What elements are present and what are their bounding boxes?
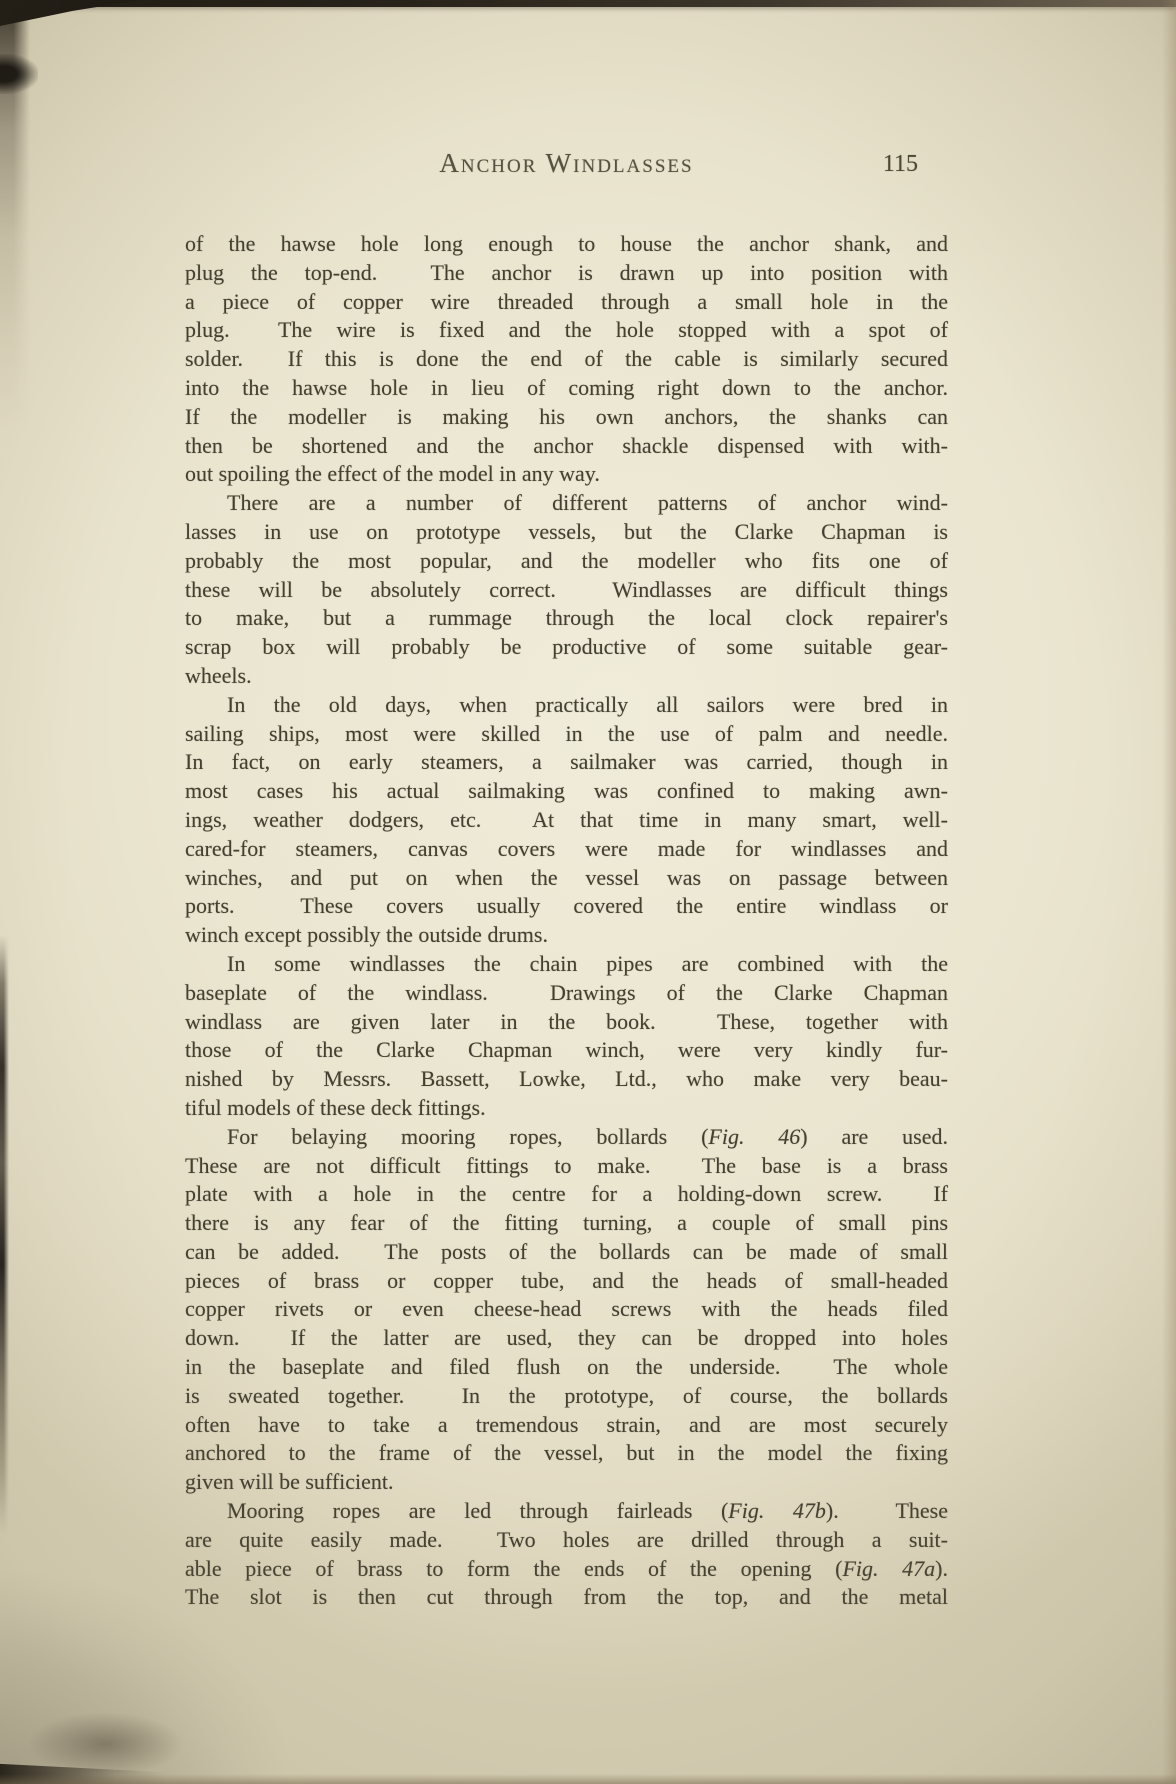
text-line: scrap box will probably be productive of… — [185, 633, 948, 662]
text-line: windlass are given later in the book. Th… — [185, 1008, 948, 1037]
text-line: those of the Clarke Chapman winch, were … — [185, 1036, 948, 1065]
text-line: ings, weather dodgers, etc. At that time… — [185, 806, 948, 835]
text-line: anchored to the frame of the vessel, but… — [185, 1439, 948, 1468]
text-line: The slot is then cut through from the to… — [185, 1583, 948, 1612]
text-line: plug the top-end. The anchor is drawn up… — [185, 259, 948, 288]
text-line: copper rivets or even cheese-head screws… — [185, 1295, 948, 1324]
text-line: In fact, on early steamers, a sailmaker … — [185, 748, 948, 777]
text-line: there is any fear of the fitting turning… — [185, 1209, 948, 1238]
text-line: If the modeller is making his own anchor… — [185, 403, 948, 432]
text-line: plug. The wire is fixed and the hole sto… — [185, 316, 948, 345]
scan-bottom-edge-artifact — [0, 1774, 1176, 1784]
running-head-title: Anchor Windlasses — [185, 148, 948, 179]
text-line: tiful models of these deck fittings. — [185, 1094, 948, 1123]
text-line: can be added. The posts of the bollards … — [185, 1238, 948, 1267]
text-line: pieces of brass or copper tube, and the … — [185, 1267, 948, 1296]
page-number: 115 — [883, 151, 918, 178]
text-line: probably the most popular, and the model… — [185, 547, 948, 576]
paragraph: In the old days, when practically all sa… — [185, 691, 948, 950]
text-line: winches, and put on when the vessel was … — [185, 864, 948, 893]
text-line: nished by Messrs. Bassett, Lowke, Ltd., … — [185, 1065, 948, 1094]
scan-left-edge-mid-artifact — [0, 935, 9, 1535]
scanned-book-page: Anchor Windlasses 115 of the hawse hole … — [0, 0, 1176, 1784]
text-line: Mooring ropes are led through fairleads … — [185, 1497, 948, 1526]
text-line: to make, but a rummage through the local… — [185, 604, 948, 633]
text-line: of the hawse hole long enough to house t… — [185, 230, 948, 259]
text-line: are quite easily made. Two holes are dri… — [185, 1526, 948, 1555]
text-line: winch except possibly the outside drums. — [185, 921, 948, 950]
text-line: down. If the latter are used, they can b… — [185, 1324, 948, 1353]
text-line: In some windlasses the chain pipes are c… — [185, 950, 948, 979]
text-line: is sweated together. In the prototype, o… — [185, 1382, 948, 1411]
text-line: given will be sufficient. — [185, 1468, 948, 1497]
text-line: out spoiling the effect of the model in … — [185, 460, 948, 489]
scan-right-edge-artifact — [1162, 0, 1176, 1784]
text-line: These are not difficult fittings to make… — [185, 1152, 948, 1181]
text-line: In the old days, when practically all sa… — [185, 691, 948, 720]
text-line: solder. If this is done the end of the c… — [185, 345, 948, 374]
page-header: Anchor Windlasses 115 — [185, 148, 948, 182]
text-line: then be shortened and the anchor shackle… — [185, 432, 948, 461]
text-line: lasses in use on prototype vessels, but … — [185, 518, 948, 547]
paragraph: For belaying mooring ropes, bollards (Fi… — [185, 1123, 948, 1497]
text-line: in the baseplate and filed flush on the … — [185, 1353, 948, 1382]
text-line: into the hawse hole in lieu of coming ri… — [185, 374, 948, 403]
text-line: For belaying mooring ropes, bollards (Fi… — [185, 1123, 948, 1152]
paragraph: There are a number of different patterns… — [185, 489, 948, 691]
scan-top-edge-artifact — [0, 0, 1176, 7]
text-line: most cases his actual sailmaking was con… — [185, 777, 948, 806]
scan-left-smudge-artifact — [0, 54, 38, 94]
paragraph: of the hawse hole long enough to house t… — [185, 230, 948, 489]
text-line: often have to take a tremendous strain, … — [185, 1411, 948, 1440]
text-line: baseplate of the windlass. Drawings of t… — [185, 979, 948, 1008]
text-line: plate with a hole in the centre for a ho… — [185, 1180, 948, 1209]
text-line: wheels. — [185, 662, 948, 691]
page-curl-shadow — [28, 1712, 183, 1776]
text-line: ports. These covers usually covered the … — [185, 892, 948, 921]
text-line: a piece of copper wire threaded through … — [185, 288, 948, 317]
paragraph: Mooring ropes are led through fairleads … — [185, 1497, 948, 1612]
text-line: these will be absolutely correct. Windla… — [185, 576, 948, 605]
page-body: of the hawse hole long enough to house t… — [185, 230, 948, 1612]
text-line: sailing ships, most were skilled in the … — [185, 720, 948, 749]
text-line: able piece of brass to form the ends of … — [185, 1555, 948, 1584]
text-line: There are a number of different patterns… — [185, 489, 948, 518]
text-line: cared-for steamers, canvas covers were m… — [185, 835, 948, 864]
paragraph: In some windlasses the chain pipes are c… — [185, 950, 948, 1123]
